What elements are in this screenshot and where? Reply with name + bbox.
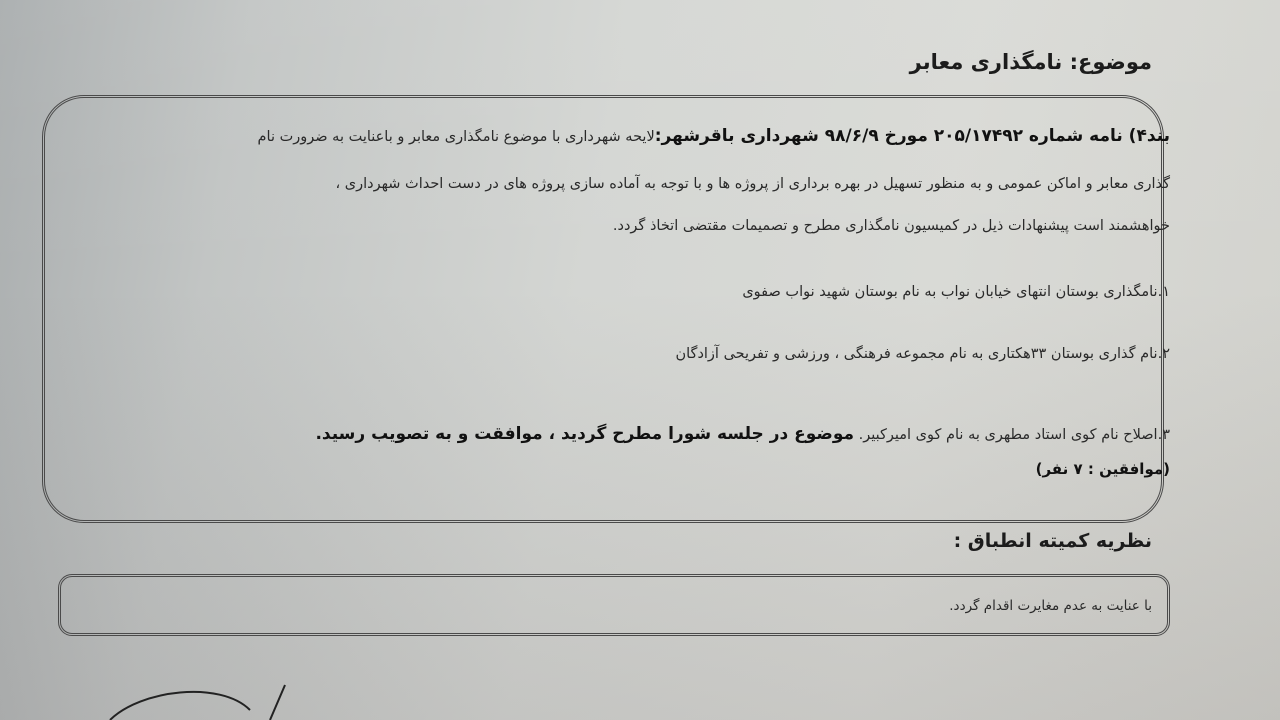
council-conclusion: موضوع در جلسه شورا مطرح گردید ، موافقت و… [315, 424, 854, 444]
proposal-2: ۲.نام گذاری بوستان ۳۳هکتاری به نام مجموع… [675, 346, 1170, 362]
compliance-committee-heading: نظریه کمیته انطباق : [954, 530, 1152, 552]
item-intro-line-3: خواهشمند است پیشنهادات ذیل در کمیسیون نا… [613, 218, 1170, 234]
item-frame [42, 95, 1164, 523]
proposal-1: ۱.نامگذاری بوستان انتهای خیابان نواب به … [742, 284, 1170, 300]
item-intro-line-1: لایحه شهرداری با موضوع نامگذاری معابر و … [258, 129, 655, 145]
vote-count: (موافقین : ۷ نفر) [1036, 460, 1170, 478]
item-heading-line: بند۴) نامه شماره ۲۰۵/۱۷۴۹۲ مورخ ۹۸/۶/۹ ش… [258, 126, 1170, 146]
item-intro-line-2: گذاری معابر و اماکن عمومی و به منظور تسه… [335, 176, 1170, 192]
document-title: موضوع: نامگذاری معابر [910, 50, 1152, 74]
signature-mark [100, 680, 320, 720]
compliance-opinion: با عنایت به عدم مغایرت اقدام گردد. [949, 598, 1152, 614]
item-heading: بند۴) نامه شماره ۲۰۵/۱۷۴۹۲ مورخ ۹۸/۶/۹ ش… [655, 126, 1170, 146]
proposal-3-line: ۳.اصلاح نام کوی استاد مطهری به نام کوی ا… [315, 424, 1170, 444]
proposal-3: ۳.اصلاح نام کوی استاد مطهری به نام کوی ا… [859, 427, 1170, 443]
